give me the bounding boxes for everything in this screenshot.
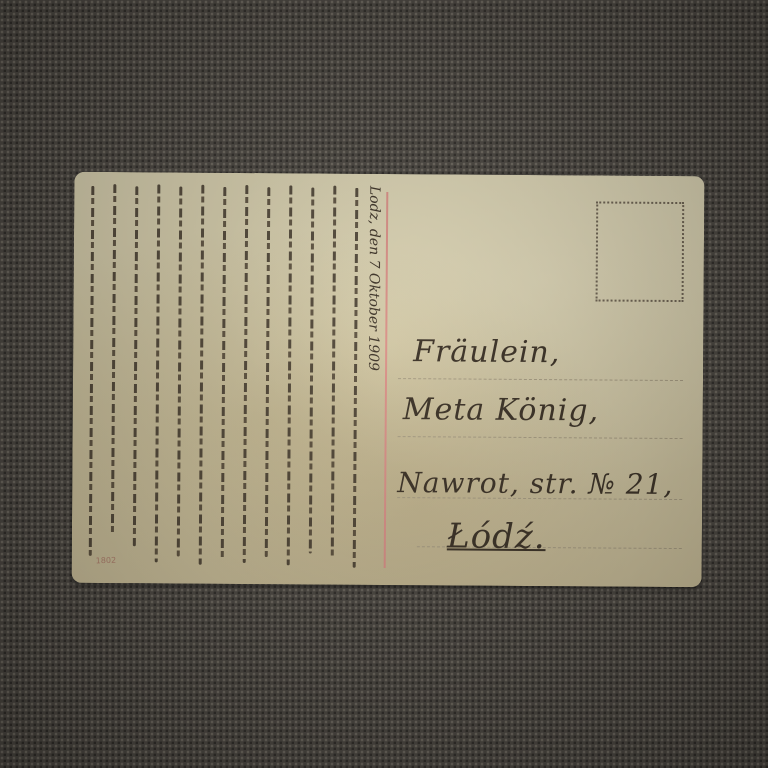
message-line — [287, 185, 293, 565]
print-mark: 1802 — [96, 556, 117, 566]
address-street: Nawrot, str. № 21, — [397, 466, 673, 501]
message-line — [243, 185, 249, 563]
message-line — [89, 186, 95, 556]
address-recipient-name: Meta König, — [403, 392, 600, 428]
message-line — [111, 184, 116, 534]
divider-line — [384, 192, 389, 568]
handwritten-message: Lodz, den 7 Oktober 1909 — [80, 180, 383, 577]
postcard: Lodz, den 7 Oktober 1909 1802 Fräulein, … — [72, 172, 705, 587]
message-line — [353, 188, 359, 568]
message-line — [331, 186, 337, 558]
message-line — [309, 187, 315, 553]
message-line — [221, 187, 227, 559]
message-date-line: Lodz, den 7 Oktober 1909 — [365, 186, 382, 371]
message-line — [199, 185, 205, 565]
address-guide-line — [398, 378, 683, 381]
address-city: Łódź. — [447, 516, 546, 557]
stamp-box — [596, 201, 685, 302]
message-line — [177, 187, 183, 557]
address-salutation: Fräulein, — [413, 334, 560, 370]
message-line — [133, 186, 139, 546]
message-line — [265, 187, 271, 557]
message-line — [155, 184, 161, 562]
address-guide-line — [398, 436, 683, 439]
